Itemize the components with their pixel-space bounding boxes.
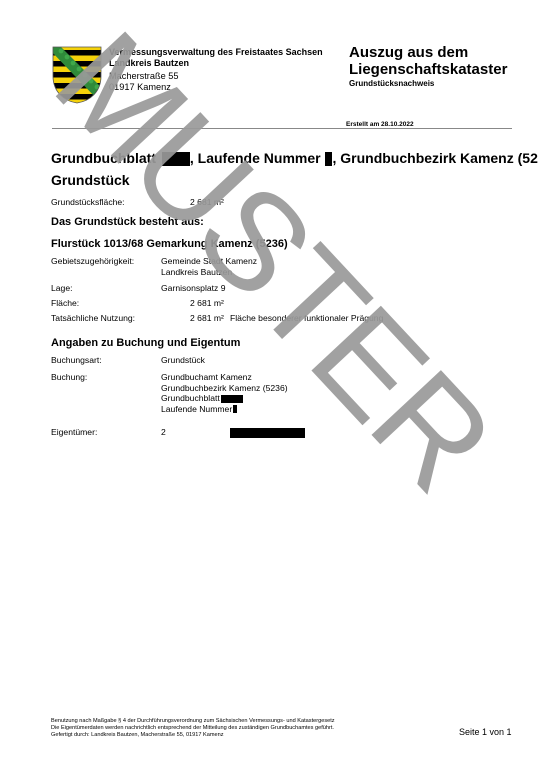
agency-block: Vermessungsverwaltung des Freistaates Sa… — [109, 47, 323, 93]
value-line: Gemeinde Stadt Kamenz — [161, 256, 257, 267]
heading-grundbuchbezirk: , Grundbuchbezirk Kamenz (5236) — [332, 150, 538, 166]
label-buchungsart: Buchungsart: — [51, 355, 102, 365]
agency-name: Vermessungsverwaltung des Freistaates Sa… — [109, 47, 323, 58]
heading-laufende-nummer: , Laufende Nummer — [190, 150, 321, 166]
value-buchung: Grundbuchamt Kamenz Grundbuchbezirk Kame… — [161, 372, 288, 414]
booking-title: Angaben zu Buchung und Eigentum — [51, 337, 240, 349]
parcel-title: Flurstück 1013/68 Gemarkung Kamenz (5236… — [51, 238, 288, 250]
value-line: Grundbuchbezirk Kamenz (5236) — [161, 383, 288, 394]
value-line: Grundbuchamt Kamenz — [161, 372, 288, 383]
label-flaeche: Fläche: — [51, 298, 79, 308]
consists-title: Das Grundstück besteht aus: — [51, 216, 204, 228]
heading-grundbuchblatt: Grundbuchblatt — [51, 150, 156, 166]
redacted-block — [221, 395, 243, 403]
value-nutzung-area: 2 681 m² — [190, 313, 224, 324]
footer-line: Benutzung nach Maßgabe § 4 der Durchführ… — [51, 718, 335, 725]
document-title: Auszug aus dem Liegenschaftskataster — [349, 45, 507, 78]
value-eigentuemer: 2 — [161, 427, 166, 438]
value-lage: Garnisonsplatz 9 — [161, 283, 226, 294]
document-title-line2: Liegenschaftskataster — [349, 62, 507, 79]
saxony-coat-of-arms-icon — [52, 46, 102, 104]
redacted-owner — [230, 428, 305, 438]
label-gebietszugehoerigkeit: Gebietszugehörigkeit: — [51, 256, 134, 266]
label-lage: Lage: — [51, 283, 73, 293]
footer-line: Die Eigentümerdaten werden nachrichtlich… — [51, 725, 335, 732]
footer-line: Gefertigt durch: Landkreis Bautzen, Mach… — [51, 732, 335, 739]
label-nutzung: Tatsächliche Nutzung: — [51, 313, 135, 323]
redacted-block — [162, 152, 190, 166]
section-title: Grundstück — [51, 172, 130, 188]
value-line: Grundbuchblatt — [161, 393, 220, 403]
label-eigentuemer: Eigentümer: — [51, 427, 97, 437]
header-divider — [52, 128, 512, 129]
label-buchung: Buchung: — [51, 372, 87, 382]
area-value: 2 681 m² — [190, 197, 224, 208]
value-nutzung-description: Fläche besonderer funktionaler Prägung — [230, 313, 383, 324]
agency-street: Macherstraße 55 — [109, 71, 323, 82]
document-page: Vermessungsverwaltung des Freistaates Sa… — [0, 0, 538, 761]
agency-city: 01917 Kamenz — [109, 82, 323, 93]
page-heading: Grundbuchblatt , Laufende Nummer , Grund… — [51, 150, 538, 166]
agency-district: Landkreis Bautzen — [109, 58, 323, 69]
value-line: Landkreis Bautzen — [161, 267, 257, 278]
value-buchungsart: Grundstück — [161, 355, 205, 366]
document-title-line1: Auszug aus dem — [349, 45, 507, 62]
document-subtitle: Grundstücksnachweis — [349, 79, 434, 88]
footer-notes: Benutzung nach Maßgabe § 4 der Durchführ… — [51, 718, 335, 740]
page-number: Seite 1 von 1 — [459, 727, 512, 737]
area-label: Grundstücksfläche: — [51, 197, 125, 207]
redacted-block — [233, 405, 237, 413]
value-gebietszugehoerigkeit: Gemeinde Stadt Kamenz Landkreis Bautzen — [161, 256, 257, 277]
value-line: Laufende Nummer — [161, 404, 232, 414]
created-date: Erstellt am 28.10.2022 — [346, 121, 414, 128]
value-flaeche: 2 681 m² — [190, 298, 224, 309]
